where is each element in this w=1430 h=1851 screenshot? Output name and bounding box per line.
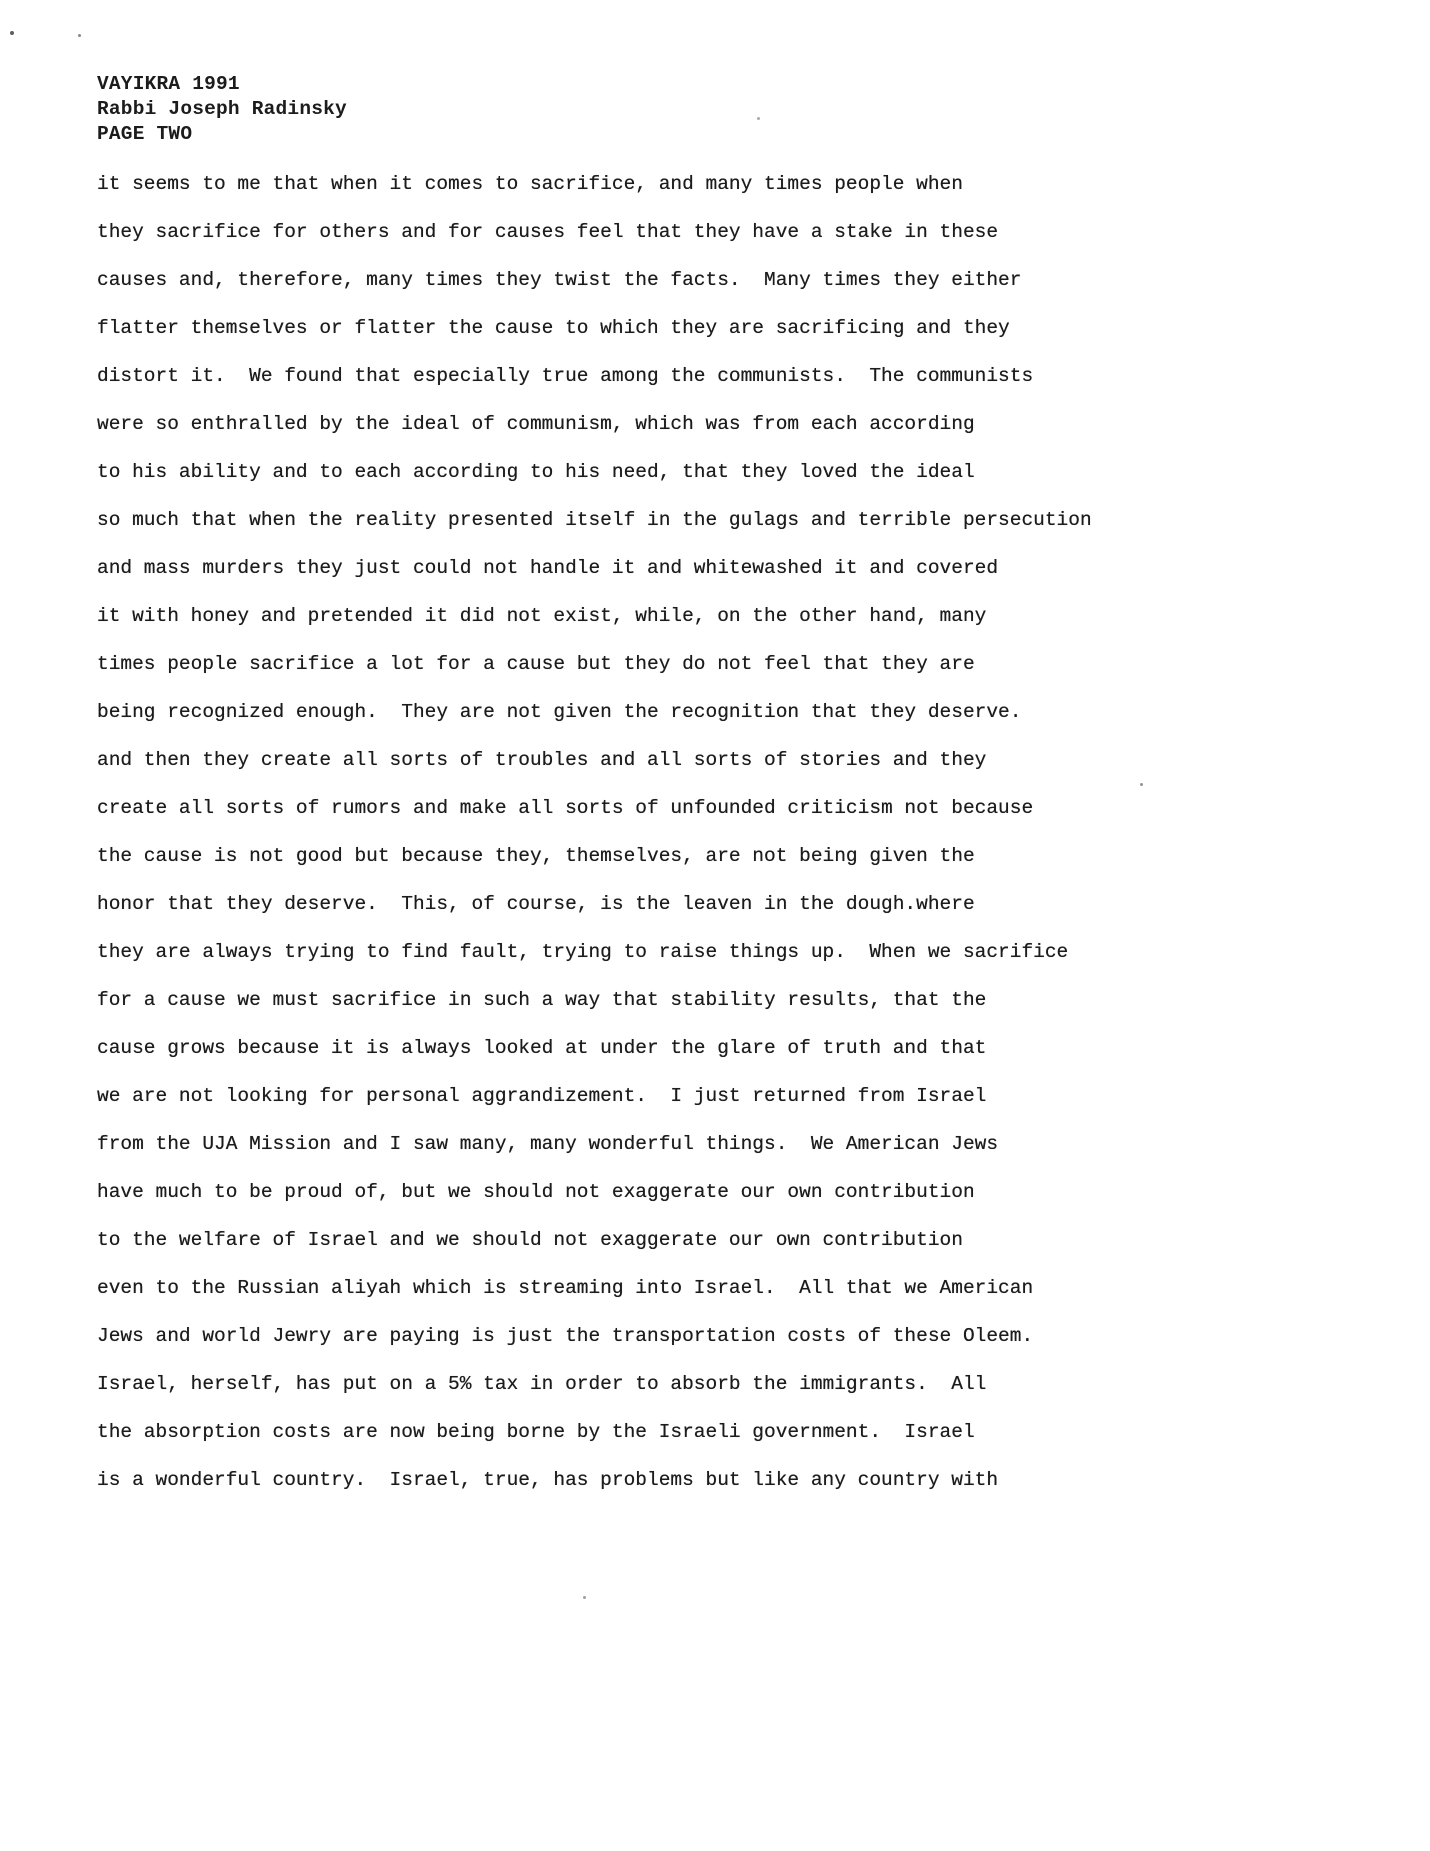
body-line: the cause is not good but because they, … xyxy=(97,832,1092,880)
body-line: it with honey and pretended it did not e… xyxy=(97,592,1092,640)
body-line: and mass murders they just could not han… xyxy=(97,544,1092,592)
header-line: PAGE TWO xyxy=(97,122,347,147)
body-line: create all sorts of rumors and make all … xyxy=(97,784,1092,832)
body-line: being recognized enough. They are not gi… xyxy=(97,688,1092,736)
body-line: causes and, therefore, many times they t… xyxy=(97,256,1092,304)
document-body-text: it seems to me that when it comes to sac… xyxy=(97,160,1092,1504)
body-line: they are always trying to find fault, tr… xyxy=(97,928,1092,976)
body-line: to the welfare of Israel and we should n… xyxy=(97,1216,1092,1264)
body-line: and then they create all sorts of troubl… xyxy=(97,736,1092,784)
body-line: Jews and world Jewry are paying is just … xyxy=(97,1312,1092,1360)
body-line: they sacrifice for others and for causes… xyxy=(97,208,1092,256)
body-line: is a wonderful country. Israel, true, ha… xyxy=(97,1456,1092,1504)
body-line: distort it. We found that especially tru… xyxy=(97,352,1092,400)
body-line: so much that when the reality presented … xyxy=(97,496,1092,544)
body-line: it seems to me that when it comes to sac… xyxy=(97,160,1092,208)
scan-artifact-dot xyxy=(757,117,760,120)
body-line: honor that they deserve. This, of course… xyxy=(97,880,1092,928)
scan-artifact-dot xyxy=(583,1596,586,1599)
body-line: we are not looking for personal aggrandi… xyxy=(97,1072,1092,1120)
body-line: flatter themselves or flatter the cause … xyxy=(97,304,1092,352)
body-line: even to the Russian aliyah which is stre… xyxy=(97,1264,1092,1312)
body-line: were so enthralled by the ideal of commu… xyxy=(97,400,1092,448)
document-page: VAYIKRA 1991Rabbi Joseph RadinskyPAGE TW… xyxy=(0,0,1430,1851)
body-line: from the UJA Mission and I saw many, man… xyxy=(97,1120,1092,1168)
body-line: to his ability and to each according to … xyxy=(97,448,1092,496)
body-line: times people sacrifice a lot for a cause… xyxy=(97,640,1092,688)
body-line: for a cause we must sacrifice in such a … xyxy=(97,976,1092,1024)
body-line: cause grows because it is always looked … xyxy=(97,1024,1092,1072)
scan-artifact-dot xyxy=(10,31,14,35)
body-line: have much to be proud of, but we should … xyxy=(97,1168,1092,1216)
header-line: Rabbi Joseph Radinsky xyxy=(97,97,347,122)
scan-artifact-dot xyxy=(78,34,81,37)
body-line: the absorption costs are now being borne… xyxy=(97,1408,1092,1456)
document-header: VAYIKRA 1991Rabbi Joseph RadinskyPAGE TW… xyxy=(97,72,347,147)
header-line: VAYIKRA 1991 xyxy=(97,72,347,97)
body-line: Israel, herself, has put on a 5% tax in … xyxy=(97,1360,1092,1408)
scan-artifact-dot xyxy=(1140,783,1143,786)
